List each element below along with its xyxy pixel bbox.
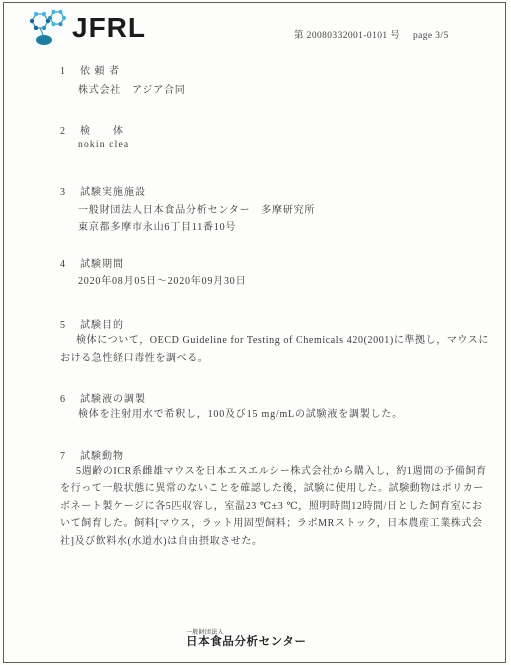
test-purpose-paragraph: 検体について，OECD Guideline for Testing of Che…	[60, 332, 492, 367]
sample-name: nokin clea	[78, 140, 129, 150]
section-4-heading: 4試験期間	[60, 255, 124, 270]
test-animals-paragraph: 5週齢のICR系雌雄マウスを日本エスエルシー株式会社から購入し，約1週間の予備飼…	[60, 463, 490, 550]
document-number: 第 20080332001-0101 号	[294, 31, 400, 41]
footer-org-logo: 一般財団法人 日本食品分析センター	[186, 630, 307, 649]
jfrl-logo: JFRL	[27, 9, 146, 47]
section-title: 試験期間	[80, 259, 124, 270]
section-5-heading: 5試験目的	[60, 316, 124, 331]
section-number: 5	[60, 320, 80, 331]
section-2-heading: 2検 体	[60, 122, 124, 137]
logo-wordmark: JFRL	[72, 9, 146, 47]
section-number: 7	[60, 451, 80, 462]
section-number: 6	[60, 394, 80, 405]
document-page: JFRL 第 20080332001-0101 号 page 3/5 1依 頼 …	[0, 0, 511, 665]
footer-org-name: 日本食品分析センター	[186, 637, 307, 649]
facility-address: 東京都多摩市永山6丁目11番10号	[78, 218, 236, 233]
section-title: 試験液の調製	[80, 394, 146, 405]
section-number: 3	[60, 187, 80, 198]
page-indicator: page 3/5	[413, 31, 449, 41]
section-title: 試験実施施設	[80, 187, 146, 198]
section-title: 試験目的	[80, 320, 124, 331]
section-number: 1	[60, 66, 80, 77]
section-1-heading: 1依 頼 者	[60, 62, 120, 77]
test-solution-line: 検体を注射用水で希釈し，100及び15 mg/mLの試験液を調製した。	[78, 405, 403, 420]
facility-name: 一般財団法人日本食品分析センター 多摩研究所	[78, 201, 315, 216]
molecule-icon	[27, 9, 69, 47]
document-number-line: 第 20080332001-0101 号 page 3/5	[294, 27, 449, 41]
section-title: 試験動物	[80, 451, 124, 462]
section-7-heading: 7試験動物	[60, 447, 124, 462]
client-name: 株式会社 アジア合同	[78, 81, 186, 96]
test-period: 2020年08月05日～2020年09月30日	[78, 272, 246, 287]
section-title: 依 頼 者	[80, 66, 120, 77]
section-number: 2	[60, 126, 80, 137]
section-title: 検 体	[80, 126, 124, 137]
section-number: 4	[60, 259, 80, 270]
section-3-heading: 3試験実施施設	[60, 183, 146, 198]
section-6-heading: 6試験液の調製	[60, 390, 146, 405]
